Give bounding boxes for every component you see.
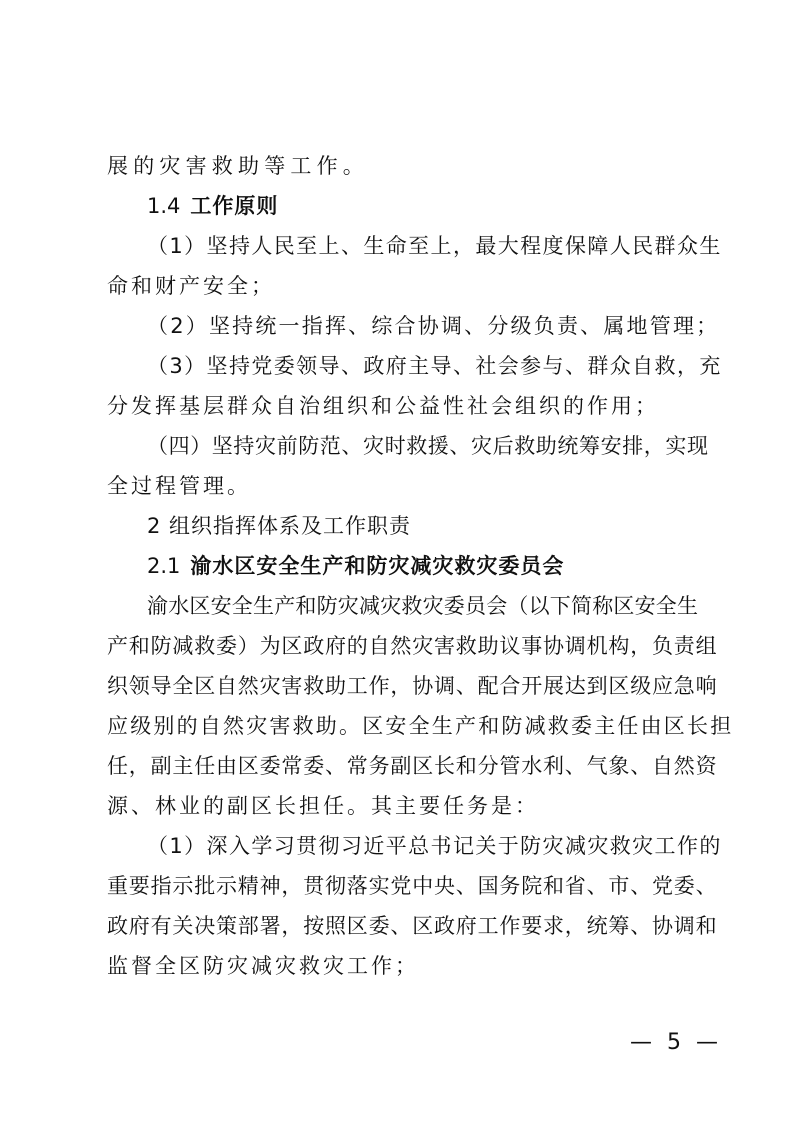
principle-3-line: （3）坚持党委领导、政府主导、社会参与、群众自救，充 <box>107 346 697 386</box>
page-number: — 5 — <box>630 1030 722 1055</box>
principle-1-cont: 命和财产安全； <box>107 266 697 306</box>
committee-para-line: 织领导全区自然灾害救助工作，协调、配合开展达到区级应急响 <box>107 666 697 706</box>
principle-3-cont: 分发挥基层群众自治组织和公益性社会组织的作用； <box>107 386 697 426</box>
section-heading-2-1: 2.1渝水区安全生产和防灾减灾救灾委员会 <box>107 546 697 586</box>
committee-para-line: 源、林业的副区长担任。其主要任务是： <box>107 786 697 826</box>
document-page: 展的灾害救助等工作。 1.4工作原则 （1）坚持人民至上、生命至上，最大程度保障… <box>107 146 697 986</box>
principle-2-line: （2）坚持统一指挥、综合协调、分级负责、属地管理； <box>107 306 697 346</box>
committee-para-line: 任，副主任由区委常委、常务副区长和分管水利、气象、自然资 <box>107 746 697 786</box>
section-title: 工作原则 <box>190 194 278 218</box>
principle-4-line: （四）坚持灾前防范、灾时救援、灾后救助统筹安排，实现 <box>107 426 697 466</box>
section-number: 1.4 <box>147 194 180 218</box>
section-title: 渝水区安全生产和防灾减灾救灾委员会 <box>190 554 564 578</box>
task-1-line: （1）深入学习贯彻习近平总书记关于防灾减灾救灾工作的 <box>107 826 697 866</box>
committee-para-line: 渝水区安全生产和防灾减灾救灾委员会（以下简称区安全生 <box>107 586 697 626</box>
paragraph-line: 展的灾害救助等工作。 <box>107 146 697 186</box>
section-heading-2: 2 组织指挥体系及工作职责 <box>107 506 697 546</box>
task-1-cont: 重要指示批示精神，贯彻落实党中央、国务院和省、市、党委、 <box>107 866 697 906</box>
principle-4-cont: 全过程管理。 <box>107 466 697 506</box>
section-heading-1-4: 1.4工作原则 <box>107 186 697 226</box>
principle-1-line: （1）坚持人民至上、生命至上，最大程度保障人民群众生 <box>107 226 697 266</box>
task-1-cont: 政府有关决策部署，按照区委、区政府工作要求，统筹、协调和 <box>107 906 697 946</box>
section-number: 2.1 <box>147 554 180 578</box>
task-1-cont: 监督全区防灾减灾救灾工作； <box>107 946 697 986</box>
committee-para-line: 应级别的自然灾害救助。区安全生产和防减救委主任由区长担 <box>107 706 697 746</box>
committee-para-line: 产和防减救委）为区政府的自然灾害救助议事协调机构，负责组 <box>107 626 697 666</box>
